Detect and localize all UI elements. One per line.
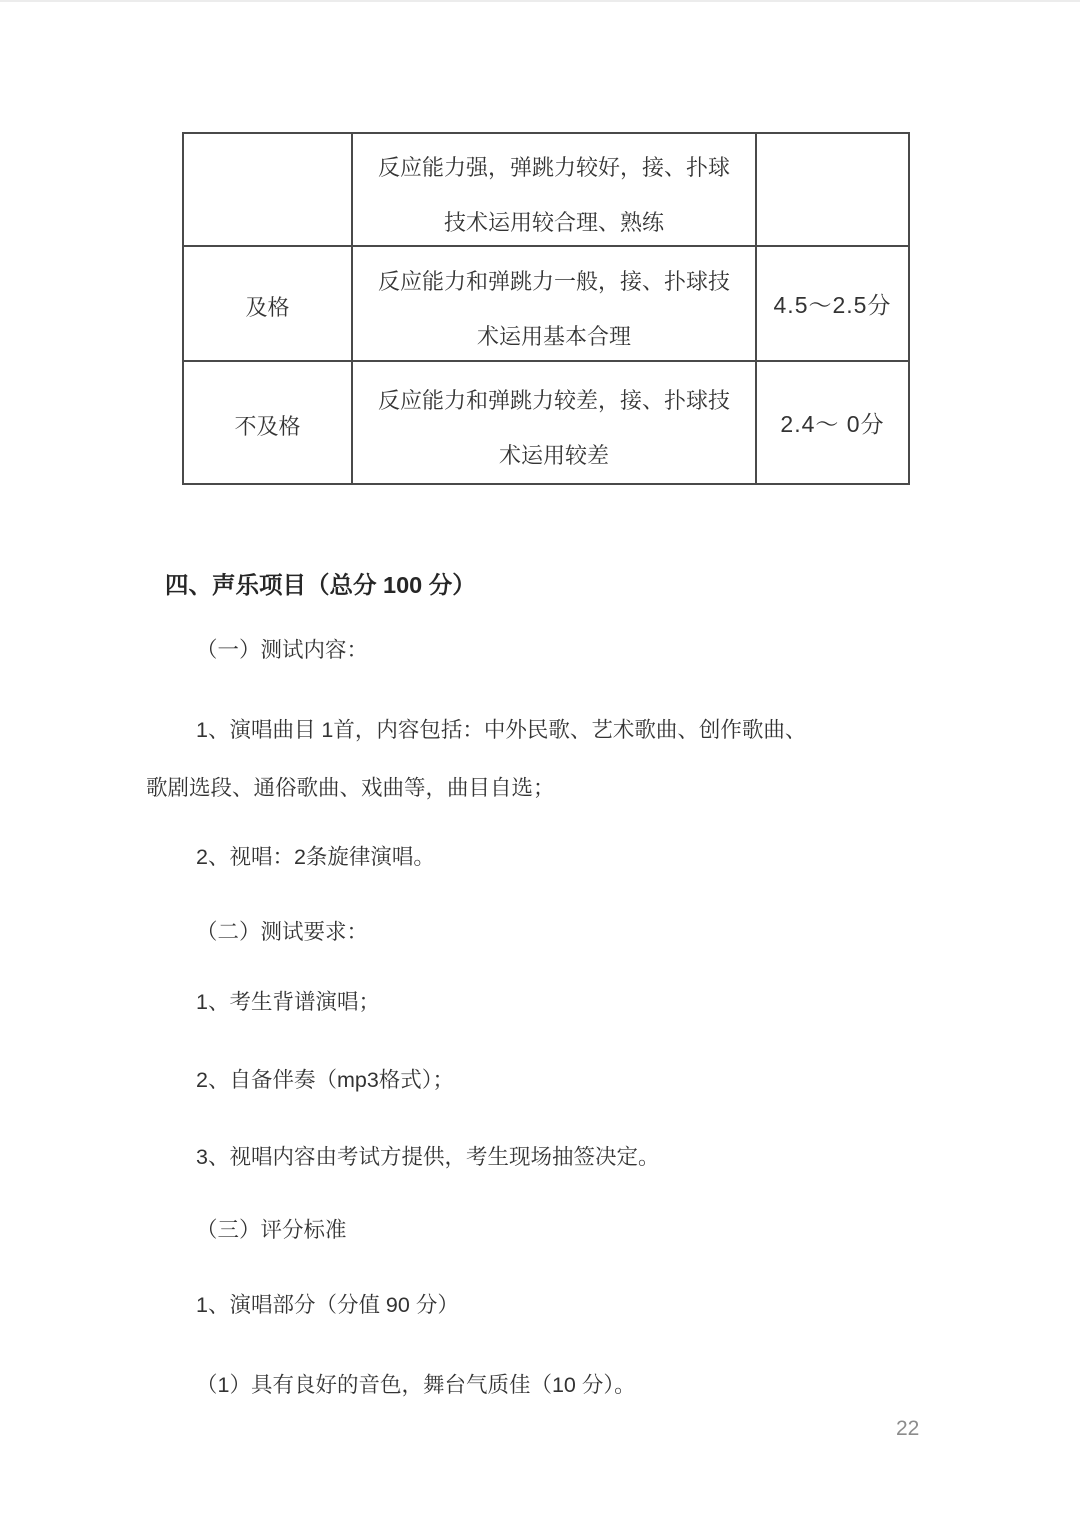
- description-line: 术运用基本合理: [477, 309, 631, 364]
- table-cell-score: 4.5～2.5分: [757, 247, 908, 362]
- description-line: 反应能力和弹跳力一般，接、扑球技: [378, 254, 730, 309]
- scoring-table: 反应能力强，弹跳力较好，接、扑球 技术运用较合理、熟练 及格 反应能力和弹跳力一…: [182, 132, 910, 485]
- description-line: 术运用较差: [499, 428, 609, 483]
- table-cell-score: 2.4～ 0分: [757, 362, 908, 483]
- paragraph-scoring-criteria-label: （三）评分标准: [196, 1215, 347, 1245]
- table-cell-description: 反应能力和弹跳力一般，接、扑球技 术运用基本合理: [353, 247, 757, 362]
- paragraph-song-item-line2: 歌剧选段、通俗歌曲、戏曲等，曲目自选；: [146, 773, 555, 803]
- section-heading: 四、声乐项目（总分 100 分）: [165, 570, 476, 600]
- paragraph-test-content-label: （一）测试内容：: [196, 635, 368, 665]
- paragraph-requirement-3: 3、视唱内容由考试方提供，考生现场抽签决定。: [196, 1142, 659, 1172]
- paragraph-singing-part: 1、演唱部分（分值 90 分）: [196, 1290, 459, 1320]
- table-cell-grade: 及格: [184, 247, 353, 362]
- table-cell-score: [757, 134, 908, 247]
- paragraph-requirement-2: 2、自备伴奏（mp3格式）；: [196, 1065, 454, 1095]
- table-cell-grade: 不及格: [184, 362, 353, 483]
- paragraph-criterion-1: （1）具有良好的音色，舞台气质佳（10 分）。: [196, 1370, 636, 1400]
- description-line: 反应能力强，弹跳力较好，接、扑球: [378, 140, 730, 195]
- document-page: 反应能力强，弹跳力较好，接、扑球 技术运用较合理、熟练 及格 反应能力和弹跳力一…: [0, 0, 1080, 1528]
- description-line: 技术运用较合理、熟练: [444, 195, 664, 250]
- paragraph-requirement-1: 1、考生背谱演唱；: [196, 987, 380, 1017]
- table-cell-description: 反应能力强，弹跳力较好，接、扑球 技术运用较合理、熟练: [353, 134, 757, 247]
- page-number: 22: [896, 1417, 919, 1441]
- description-line: 反应能力和弹跳力较差，接、扑球技: [378, 373, 730, 428]
- table-cell-description: 反应能力和弹跳力较差，接、扑球技 术运用较差: [353, 362, 757, 483]
- paragraph-sight-singing-item: 2、视唱：2条旋律演唱。: [196, 842, 435, 872]
- paragraph-test-requirements-label: （二）测试要求：: [196, 917, 368, 947]
- table-cell-grade: [184, 134, 353, 247]
- paragraph-song-item-line1: 1、演唱曲目 1首，内容包括：中外民歌、艺术歌曲、创作歌曲、: [196, 715, 806, 745]
